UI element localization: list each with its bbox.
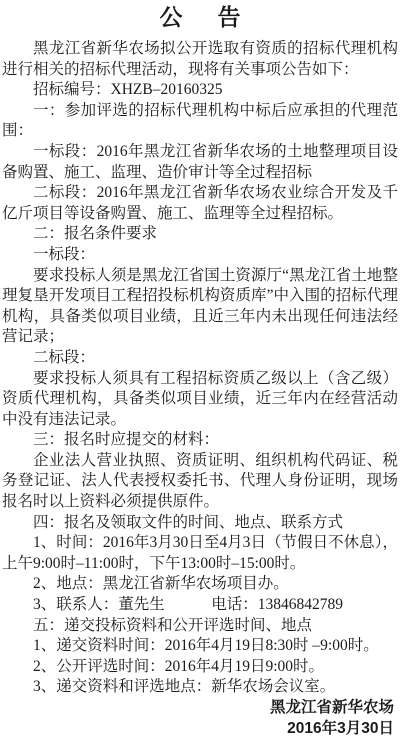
paragraph: 1、时间：2016年3月30日至4月3日（节假日不休息），上午9:00时–11:…	[2, 533, 398, 574]
paragraph: 二标段：	[2, 348, 398, 369]
paragraph: 企业法人营业执照、资质证明、组织机构代码证、税务登记证、法人代表授权委托书、代理…	[2, 451, 398, 513]
paragraph: 3、联系人：董先生 电话：13846842789	[2, 595, 398, 616]
paragraph: 要求投标人须具有工程招标资质乙级以上（含乙级）资质代理机构，具备类似项目业绩，近…	[2, 369, 398, 431]
paragraph: 2、地点：黑龙江省新华农场项目办。	[2, 574, 398, 595]
paragraph: 1、递交资料时间：2016年4月19日8:30时 –9:00时。	[2, 636, 398, 657]
paragraph: 招标编号：XHZB–20160325	[2, 80, 398, 101]
paragraph: 四：报名及领取文件的时间、地点、联系方式	[2, 513, 398, 534]
paragraph: 一标段：2016年黑龙江省新华农场的土地整理项目设备购置、施工、监理、造价审计等…	[2, 142, 398, 183]
paragraph: 一：参加评选的招标代理机构中标后应承担的代理范围：	[2, 101, 398, 142]
paragraph: 二：报名条件要求	[2, 224, 398, 245]
notice-title: 公 告	[2, 4, 398, 32]
signature-date: 2016年3月30日	[2, 719, 394, 740]
paragraph: 二标段：2016年黑龙江省新华农场农业综合开发及千亿斤项目等设备购置、施工、监理…	[2, 183, 398, 224]
paragraph: 三：报名时应提交的材料：	[2, 430, 398, 451]
paragraph: 要求投标人须是黑龙江省国土资源厅“黑龙江省土地整理复垦开发项目工程招投标机构资质…	[2, 266, 398, 348]
signature-block: 黑龙江省新华农场 2016年3月30日	[2, 698, 398, 739]
notice-body: 黑龙江省新华农场拟公开选取有资质的招标代理机构进行相关的招标代理活动，现将有关事…	[2, 39, 398, 698]
signature-org: 黑龙江省新华农场	[2, 698, 394, 719]
paragraph: 五：递交投标资料和公开评选时间、地点	[2, 616, 398, 637]
paragraph: 3、递交资料和评选地点：新华农场会议室。	[2, 677, 398, 698]
paragraph: 2、公开评选时间：2016年4月19日9:00时。	[2, 657, 398, 678]
paragraph: 黑龙江省新华农场拟公开选取有资质的招标代理机构进行相关的招标代理活动，现将有关事…	[2, 39, 398, 80]
paragraph: 一标段：	[2, 245, 398, 266]
notice-page: 公 告 黑龙江省新华农场拟公开选取有资质的招标代理机构进行相关的招标代理活动，现…	[0, 0, 400, 740]
